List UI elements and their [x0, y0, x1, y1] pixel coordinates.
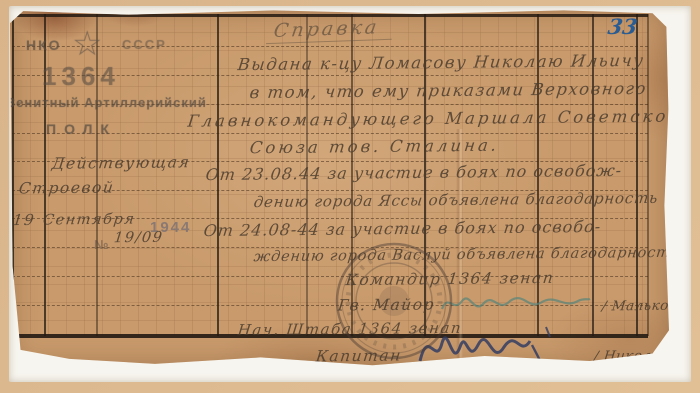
number-sign: №	[94, 237, 109, 252]
margin-line2: Строевой	[18, 179, 115, 198]
letterhead-unit-type: Зенитный Артиллерийский	[7, 95, 207, 110]
scan-frame: НКО ☆ СССР 1364 Зенитный Артиллерийский …	[0, 0, 700, 393]
margin-line1: Действующая	[51, 153, 192, 172]
table-rule-vertical	[647, 14, 649, 336]
round-seal-icon	[332, 239, 456, 363]
letterhead-unit-number: 1364	[42, 61, 120, 92]
date-day: 19	[12, 211, 36, 229]
table-rule-horizontal-heavy	[12, 14, 648, 17]
date-month: Сентября	[42, 212, 136, 229]
major-signature	[438, 289, 594, 319]
star-icon: ☆	[72, 27, 102, 61]
certificate-document: НКО ☆ СССР 1364 Зенитный Артиллерийский …	[10, 9, 669, 366]
letterhead-org2: СССР	[122, 37, 167, 52]
body-line: Союза тов. Сталина.	[249, 136, 500, 158]
document-title: Справка	[266, 16, 395, 44]
letterhead-org: НКО	[26, 37, 62, 53]
table-rule-horizontal	[12, 46, 648, 47]
document-number: 19/09	[113, 230, 164, 247]
letterhead-unit-type2: ПОЛК	[46, 121, 117, 137]
archive-page-number: 33	[606, 14, 639, 39]
